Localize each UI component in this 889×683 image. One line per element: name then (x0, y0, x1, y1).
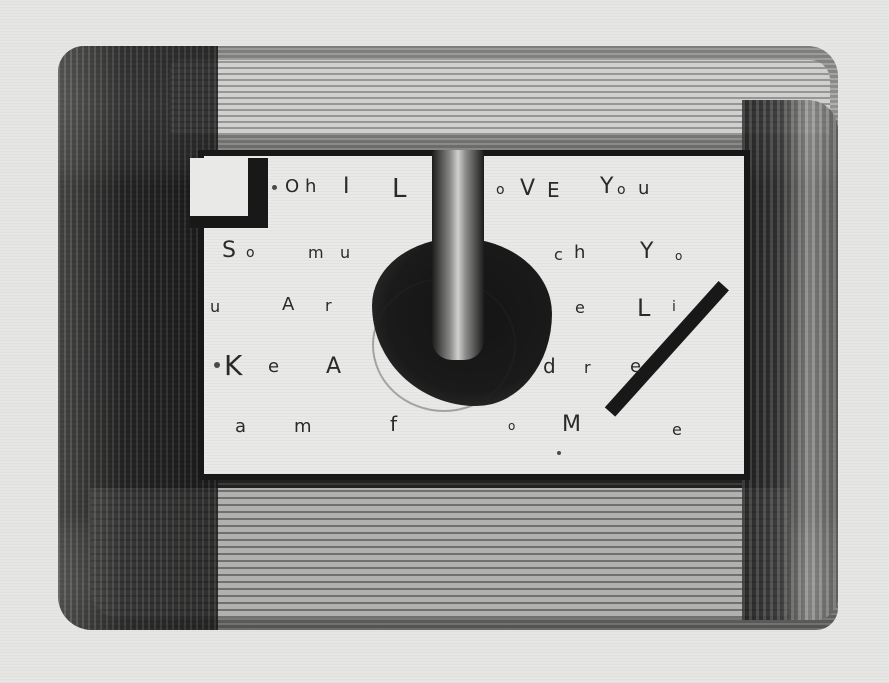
letter: K (224, 352, 242, 380)
letter: E (547, 180, 560, 200)
vertical-drip (432, 150, 484, 360)
letter: m (294, 418, 312, 436)
letter: u (340, 245, 350, 261)
ink-dot (272, 185, 277, 190)
letter: I (343, 176, 350, 198)
letter: e (630, 358, 641, 376)
letter: A (326, 356, 341, 378)
letter: c (554, 247, 563, 263)
letter: A (282, 296, 294, 314)
letter: h (574, 244, 585, 262)
top-brushstroke-band (170, 60, 830, 135)
letter: m (308, 245, 324, 261)
letter: u (210, 299, 220, 315)
letter: Y (600, 176, 613, 198)
letter: r (584, 360, 591, 376)
letter: L (392, 176, 407, 202)
letter: u (638, 180, 649, 198)
letter: o (508, 420, 515, 432)
ink-dot (214, 362, 220, 368)
letter: o (496, 183, 505, 197)
letter: S (222, 240, 236, 262)
letter: e (672, 422, 682, 438)
letter: M (562, 414, 581, 436)
letter: e (268, 358, 279, 376)
corner-square (190, 158, 268, 228)
letter: o (675, 250, 682, 262)
letter: f (390, 414, 397, 434)
letter: o (246, 246, 255, 260)
left-brushstroke-column (58, 46, 218, 630)
letter: h (305, 178, 316, 196)
letter: L (637, 296, 650, 320)
letter: i (672, 300, 676, 314)
ink-dot (557, 451, 561, 455)
letter: O (285, 178, 299, 196)
letter: a (235, 418, 246, 436)
letter: e (575, 300, 585, 316)
right-brushstroke-column (742, 100, 838, 620)
letter: Y (640, 241, 653, 263)
letter: V (520, 178, 535, 200)
letter: d (543, 356, 556, 376)
letter: r (325, 298, 332, 314)
letter: o (617, 183, 626, 197)
